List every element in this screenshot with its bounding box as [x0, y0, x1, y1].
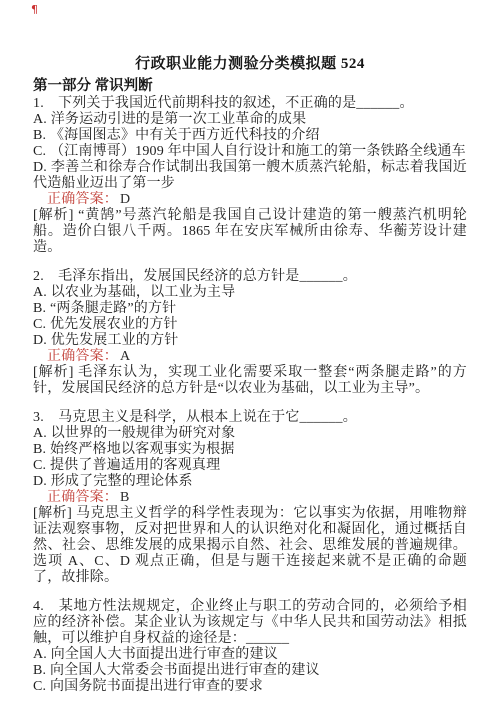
option-item-d: D. 优先发展工业的方针	[33, 333, 467, 349]
answer-line: 正确答案：B	[33, 490, 467, 506]
document-content: 行政职业能力测验分类模拟题 524 第一部分 常识判断 1. 下列关于我国近代前…	[33, 55, 467, 695]
page-title: 行政职业能力测验分类模拟题 524	[33, 55, 467, 74]
option-item-b: B. “两条腿走路”的方针	[33, 301, 467, 317]
option-item-c: C. 向国务院书面提出进行审查的要求	[33, 679, 467, 695]
section-heading: 第一部分 常识判断	[33, 77, 467, 95]
answer-value: D	[118, 192, 130, 207]
analysis-text: [解析] 马克思主义哲学的科学性表现为：它以事实为依据，用唯物辩证法观察事物，反…	[33, 506, 467, 586]
answer-line: 正确答案：A	[33, 349, 467, 365]
paragraph-mark-icon: ¶	[31, 4, 38, 15]
option-item-d: D. 李善兰和徐寿合作试制出我国第一艘木质蒸汽轮船，标志着我国近代造船业迈出了第…	[33, 160, 467, 192]
analysis-text: [解析] “黄鹄”号蒸汽轮船是我国自己设计建造的第一艘蒸汽机明轮船。造价白银八千…	[33, 208, 467, 256]
analysis-text: [解析] 毛泽东认为，实现工业化需要采取一整套“两条腿走路”的方针，发展国民经济…	[33, 365, 467, 397]
answer-value: A	[118, 349, 130, 364]
option-item-a: A. 向全国人大书面提出进行审查的建议	[33, 647, 467, 663]
answer-label: 正确答案：	[47, 490, 118, 505]
question-block-1: 1. 下列关于我国近代前期科技的叙述，不正确的是______。 A. 洋务运动引…	[33, 96, 467, 256]
answer-label: 正确答案：	[47, 192, 118, 207]
question-stem: 3. 马克思主义是科学，从根本上说在于它______。	[33, 410, 467, 426]
answer-label: 正确答案：	[47, 349, 118, 364]
option-item-c: C. 优先发展农业的方针	[33, 317, 467, 333]
option-item-a: A. 以农业为基础，以工业为主导	[33, 285, 467, 301]
option-item-b: B. 始终严格地以客观事实为根据	[33, 442, 467, 458]
option-item-c: C. （江南博哥）1909 年中国人自行设计和施工的第一条铁路全线通车	[33, 144, 467, 160]
question-block-4: 4. 某地方性法规规定，企业终止与职工的劳动合同的，必须给予相应的经济补偿。某企…	[33, 599, 467, 695]
question-stem: 2. 毛泽东指出，发展国民经济的总方针是______。	[33, 269, 467, 285]
question-stem: 4. 某地方性法规规定，企业终止与职工的劳动合同的，必须给予相应的经济补偿。某企…	[33, 599, 467, 647]
answer-value: B	[118, 490, 130, 505]
option-item-b: B. 向全国人大常委会书面提出进行审查的建议	[33, 663, 467, 679]
option-item-b: B. 《海国图志》中有关于西方近代科技的介绍	[33, 128, 467, 144]
document-page: ¶ 行政职业能力测验分类模拟题 524 第一部分 常识判断 1. 下列关于我国近…	[0, 0, 500, 707]
question-stem: 1. 下列关于我国近代前期科技的叙述，不正确的是______。	[33, 96, 467, 112]
question-block-2: 2. 毛泽东指出，发展国民经济的总方针是______。 A. 以农业为基础，以工…	[33, 269, 467, 397]
answer-line: 正确答案：D	[33, 192, 467, 208]
question-block-3: 3. 马克思主义是科学，从根本上说在于它______。 A. 以世界的一般规律为…	[33, 410, 467, 586]
option-item-d: D. 形成了完整的理论体系	[33, 474, 467, 490]
option-item-c: C. 提供了普遍适用的客观真理	[33, 458, 467, 474]
option-item-a: A. 以世界的一般规律为研究对象	[33, 426, 467, 442]
option-item-a: A. 洋务运动引进的是第一次工业革命的成果	[33, 112, 467, 128]
